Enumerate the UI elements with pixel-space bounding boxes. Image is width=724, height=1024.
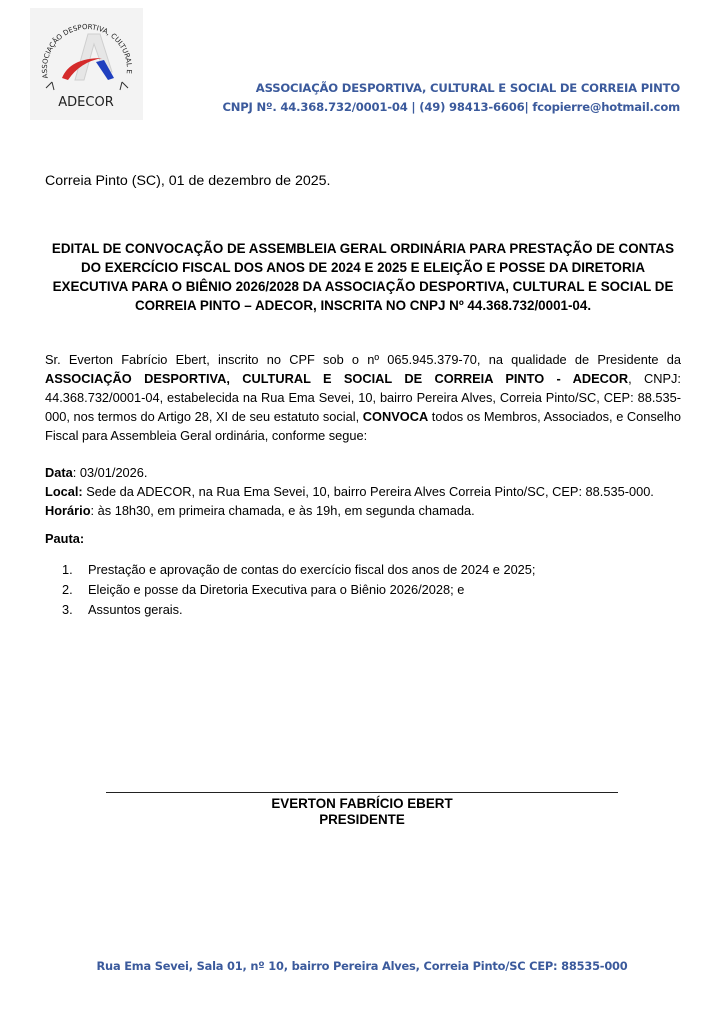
detail-horario-value: : às 18h30, em primeira chamada, e às 19… (91, 503, 475, 518)
body-convoca: CONVOCA (363, 409, 428, 424)
detail-local: Local: Sede da ADECOR, na Rua Ema Sevei,… (45, 482, 681, 501)
detail-local-value: Sede da ADECOR, na Rua Ema Sevei, 10, ba… (83, 484, 654, 499)
list-item-number: 3. (62, 600, 88, 620)
date-line: Correia Pinto (SC), 01 de dezembro de 20… (45, 173, 330, 189)
signature-line (106, 792, 618, 793)
detail-local-label: Local: (45, 484, 83, 499)
list-item-text: Assuntos gerais. (88, 600, 183, 620)
list-item: 1.Prestação e aprovação de contas do exe… (62, 560, 535, 580)
detail-data: Data: 03/01/2026. (45, 463, 681, 482)
pauta-label: Pauta: (45, 531, 84, 546)
document-title: EDITAL DE CONVOCAÇÃO DE ASSEMBLEIA GERAL… (45, 239, 681, 315)
list-item: 2.Eleição e posse da Diretoria Executiva… (62, 580, 535, 600)
list-item-number: 2. (62, 580, 88, 600)
pauta-list: 1.Prestação e aprovação de contas do exe… (62, 560, 535, 620)
detail-data-label: Data (45, 465, 73, 480)
meeting-details: Data: 03/01/2026. Local: Sede da ADECOR,… (45, 463, 681, 520)
body-paragraph: Sr. Everton Fabrício Ebert, inscrito no … (45, 350, 681, 445)
signatory-name: EVERTON FABRÍCIO EBERT (106, 796, 618, 812)
signatory-role: PRESIDENTE (106, 812, 618, 828)
org-name: ASSOCIAÇÃO DESPORTIVA, CULTURAL E SOCIAL… (222, 79, 680, 98)
svg-text:ADECOR: ADECOR (58, 95, 113, 110)
list-item: 3.Assuntos gerais. (62, 600, 535, 620)
footer-address: Rua Ema Sevei, Sala 01, nº 10, bairro Pe… (0, 959, 724, 973)
detail-horario: Horário: às 18h30, em primeira chamada, … (45, 501, 681, 520)
body-text-part1: Sr. Everton Fabrício Ebert, inscrito no … (45, 352, 681, 367)
adecor-logo-icon: ASSOCIAÇÃO DESPORTIVA, CULTURAL E SOCIAL… (30, 8, 143, 120)
list-item-text: Prestação e aprovação de contas do exerc… (88, 560, 535, 580)
list-item-number: 1. (62, 560, 88, 580)
body-org-name: ASSOCIAÇÃO DESPORTIVA, CULTURAL E SOCIAL… (45, 371, 628, 386)
detail-horario-label: Horário (45, 503, 91, 518)
adecor-logo: ASSOCIAÇÃO DESPORTIVA, CULTURAL E SOCIAL… (30, 8, 143, 120)
org-header: ASSOCIAÇÃO DESPORTIVA, CULTURAL E SOCIAL… (222, 79, 680, 117)
detail-data-value: : 03/01/2026. (73, 465, 148, 480)
list-item-text: Eleição e posse da Diretoria Executiva p… (88, 580, 464, 600)
org-contact-line: CNPJ Nº. 44.368.732/0001-04 | (49) 98413… (222, 98, 680, 117)
